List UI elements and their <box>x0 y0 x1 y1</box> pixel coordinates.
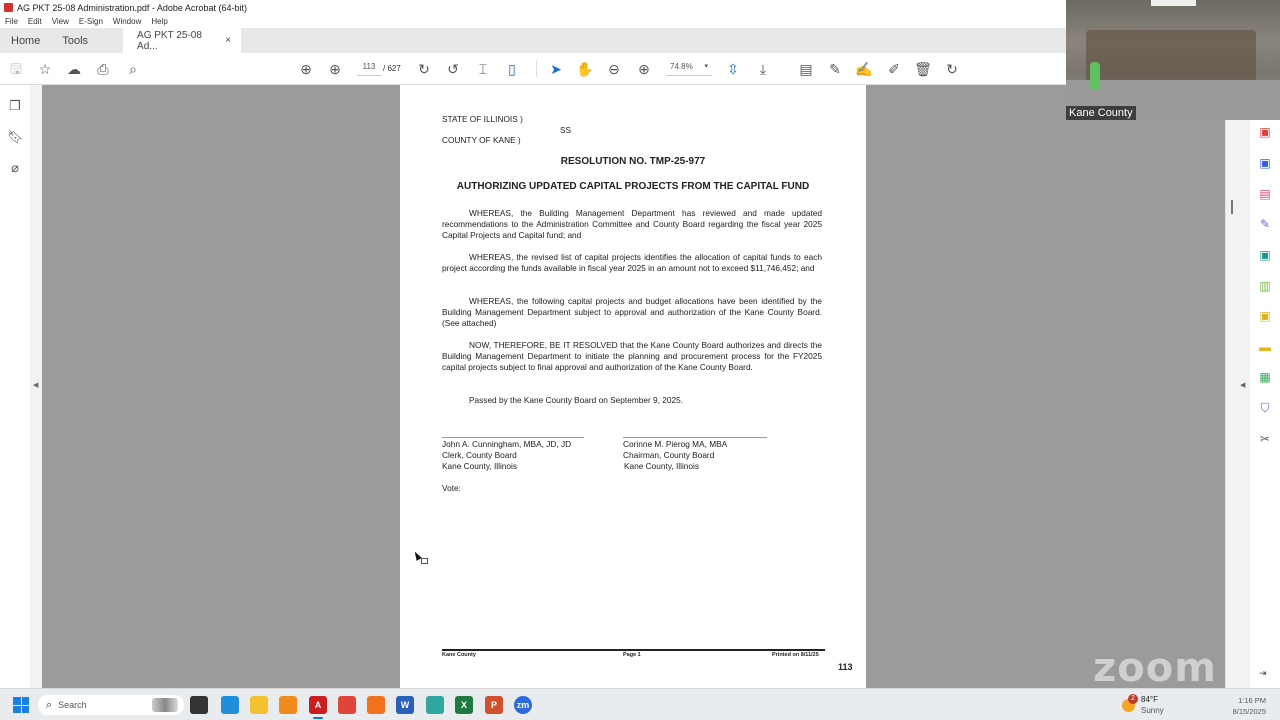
edge-icon[interactable] <box>221 696 239 714</box>
acrobat-icon[interactable]: A <box>309 696 327 714</box>
notepad-icon[interactable] <box>426 696 444 714</box>
redo-icon[interactable]: ↻ <box>943 60 961 78</box>
meeting-room-screen <box>1151 0 1196 6</box>
system-clock[interactable]: 1:16 PM 8/15/2025 <box>1200 695 1266 717</box>
state-line: STATE OF ILLINOIS ) <box>442 114 523 125</box>
search-icon: ⌕ <box>46 699 52 712</box>
organize-pages-icon[interactable]: ▤ <box>1257 186 1273 202</box>
hand-tool-icon[interactable]: ✋ <box>576 60 594 78</box>
page-thumbnails-icon[interactable]: ❐ <box>7 98 23 114</box>
whereas-paragraph-2: WHEREAS, the revised list of capital pro… <box>442 252 822 274</box>
weather-temperature: 84°F <box>1141 695 1158 704</box>
resolution-number: RESOLUTION NO. TMP-25-977 <box>400 156 866 167</box>
ss-mark: SS <box>560 125 571 136</box>
comment-tool-icon[interactable]: ▬ <box>1257 339 1273 355</box>
main-toolbar: 🖫 ☆ ☁ ⎙ ⌕ ⊕ ⊕ 113 / 627 ↻ ↺ ⌶ ▯ ➤ ✋ ⊖ ⊕ … <box>0 53 1068 85</box>
right-pane-collapse-strip[interactable]: ◀ <box>1225 85 1250 688</box>
fit-width-icon[interactable]: ⌶ <box>474 60 492 78</box>
footer-county: Kane County <box>442 652 476 658</box>
meeting-participant-figure <box>1090 62 1100 90</box>
single-page-icon[interactable]: ▯ <box>503 60 521 78</box>
toolbar-divider <box>536 61 537 77</box>
close-tab-icon[interactable]: × <box>225 35 231 46</box>
zoom-level-value: 74.8% <box>666 62 693 71</box>
firefox-icon[interactable] <box>367 696 385 714</box>
footer-page: Page 1 <box>623 652 641 658</box>
delete-icon[interactable]: 🗑 <box>914 60 932 78</box>
menu-esign[interactable]: E-Sign <box>79 17 103 26</box>
page-number-input[interactable]: 113 <box>357 62 381 76</box>
save-icon[interactable]: 🖫 <box>7 60 25 78</box>
tab-document-label: AG PKT 25-08 Ad... <box>137 30 215 52</box>
resolved-paragraph: NOW, THEREFORE, BE IT RESOLVED that the … <box>442 340 822 373</box>
page-down-icon[interactable]: ⊕ <box>326 60 344 78</box>
zoom-video-thumbnail[interactable]: Kane County <box>1066 0 1280 120</box>
pdf-page: STATE OF ILLINOIS ) SS COUNTY OF KANE ) … <box>400 85 866 688</box>
file-explorer-icon[interactable] <box>250 696 268 714</box>
select-arrow-icon[interactable]: ➤ <box>547 60 565 78</box>
chairman-place: Kane County, Illinois <box>624 461 699 472</box>
tab-home[interactable]: Home <box>0 28 51 53</box>
passed-line: Passed by the Kane County Board on Septe… <box>469 395 683 406</box>
resolution-title: AUTHORIZING UPDATED CAPITAL PROJECTS FRO… <box>400 181 866 192</box>
page-up-icon[interactable]: ⊕ <box>297 60 315 78</box>
redact-icon[interactable]: ▦ <box>1257 369 1273 385</box>
vlc-icon[interactable] <box>279 696 297 714</box>
menu-window[interactable]: Window <box>113 17 141 26</box>
sign-icon[interactable]: ✍ <box>855 60 873 78</box>
scan-ocr-icon[interactable]: ▣ <box>1257 308 1273 324</box>
zoom-watermark: zoom <box>1093 645 1217 691</box>
protect-icon[interactable]: ⛉ <box>1257 400 1273 416</box>
signature-line-right <box>623 437 767 438</box>
page-total: / 627 <box>383 64 401 73</box>
fill-sign-icon[interactable]: ✎ <box>1257 216 1273 232</box>
taskbar-search-box[interactable]: ⌕ Search <box>38 695 184 715</box>
search-highlight-image <box>152 698 178 712</box>
bookmarks-icon[interactable]: 🔖︎ <box>7 129 23 145</box>
signature-line-left <box>442 437 584 438</box>
find-zoom-icon[interactable]: ⌕ <box>124 60 142 78</box>
tab-tools[interactable]: Tools <box>51 28 99 53</box>
windows-taskbar: ⌕ Search AWXPzm 2 84°F Sunny 1:16 PM 8/1… <box>0 688 1280 720</box>
highlight-pen-icon[interactable]: ✎ <box>826 60 844 78</box>
expand-right-pane-icon[interactable]: ◀ <box>1240 381 1245 389</box>
rotate-counterclockwise-icon[interactable]: ↺ <box>444 60 462 78</box>
meeting-room-tables <box>1086 30 1256 85</box>
more-tools-icon[interactable]: ✂ <box>1257 431 1273 447</box>
scroll-mode-icon[interactable]: ⤓ <box>754 60 772 78</box>
edit-pdf-icon[interactable]: ✐ <box>885 60 903 78</box>
word-icon[interactable]: W <box>396 696 414 714</box>
clerk-name: John A. Cunningham, MBA, JD, JD <box>442 439 571 450</box>
fit-page-icon[interactable]: ⇳ <box>724 60 742 78</box>
comment-icon[interactable]: ▤ <box>797 60 815 78</box>
clerk-place: Kane County, Illinois <box>442 461 517 472</box>
expand-left-pane-icon[interactable]: ◀ <box>33 381 38 389</box>
clerk-role: Clerk, County Board <box>442 450 517 461</box>
vote-label: Vote: <box>442 483 461 494</box>
create-pdf-icon[interactable]: ▣ <box>1257 124 1273 140</box>
excel-icon[interactable]: X <box>455 696 473 714</box>
window-title: AG PKT 25-08 Administration.pdf - Adobe … <box>17 3 247 13</box>
menu-view[interactable]: View <box>52 17 69 26</box>
footer-rule <box>442 649 825 651</box>
task-view-icon[interactable] <box>190 696 208 714</box>
footer-printed: Printed on 8/11/25 <box>772 652 819 658</box>
acrobat-logo-icon <box>4 3 13 12</box>
whereas-paragraph-1: WHEREAS, the Building Management Departm… <box>442 208 822 241</box>
tools-pane: ▣ ▣ ▤ ✎ ▣ ▥ ▣ ▬ ▦ ⛉ ✂ <box>1250 120 1280 688</box>
zoom-dropdown-caret-icon[interactable]: ▾ <box>704 62 708 70</box>
attachments-icon[interactable]: ⌀ <box>7 160 23 176</box>
upload-cloud-icon[interactable]: ☁ <box>65 60 83 78</box>
zoom-level-dropdown[interactable]: 74.8% ▾ <box>666 62 712 76</box>
scrollbar-grip[interactable] <box>1231 200 1233 214</box>
chrome-icon[interactable] <box>338 696 356 714</box>
export-pdf-icon[interactable]: ▣ <box>1257 155 1273 171</box>
bookmark-star-icon[interactable]: ☆ <box>36 60 54 78</box>
participant-name-label: Kane County <box>1066 106 1136 120</box>
cursor-drag-box-icon <box>421 558 428 564</box>
zoom-app-icon[interactable]: zm <box>514 696 532 714</box>
menu-file[interactable]: File <box>5 17 18 26</box>
compress-pdf-icon[interactable]: ▣ <box>1257 247 1273 263</box>
combine-files-icon[interactable]: ▥ <box>1257 278 1273 294</box>
clock-date: 8/15/2025 <box>1200 706 1266 717</box>
tab-document[interactable]: AG PKT 25-08 Ad... × <box>123 28 241 53</box>
clock-time: 1:16 PM <box>1200 695 1266 706</box>
weather-notification-badge: 2 <box>1128 694 1138 704</box>
powerpoint-icon[interactable]: P <box>485 696 503 714</box>
weather-condition: Sunny <box>1141 706 1164 715</box>
menu-help[interactable]: Help <box>151 17 167 26</box>
menu-edit[interactable]: Edit <box>28 17 42 26</box>
chairman-name: Corinne M. Pierog MA, MBA <box>623 439 727 450</box>
zoom-in-icon[interactable]: ⊕ <box>635 60 653 78</box>
rotate-clockwise-icon[interactable]: ↻ <box>415 60 433 78</box>
county-line: COUNTY OF KANE ) <box>442 135 521 146</box>
whereas-paragraph-3: WHEREAS, the following capital projects … <box>442 296 822 329</box>
zoom-out-icon[interactable]: ⊖ <box>605 60 623 78</box>
left-navigation-pane: ❐ 🔖︎ ⌀ <box>0 85 30 688</box>
packet-page-number: 113 <box>838 662 853 672</box>
chairman-role: Chairman, County Board <box>623 450 714 461</box>
print-icon[interactable]: ⎙ <box>94 60 112 78</box>
collapse-tools-pane-icon[interactable]: ⇥ <box>1259 668 1267 679</box>
search-placeholder: Search <box>58 700 87 710</box>
windows-start-icon[interactable] <box>13 697 29 713</box>
left-pane-collapse-strip[interactable]: ◀ <box>30 85 42 688</box>
